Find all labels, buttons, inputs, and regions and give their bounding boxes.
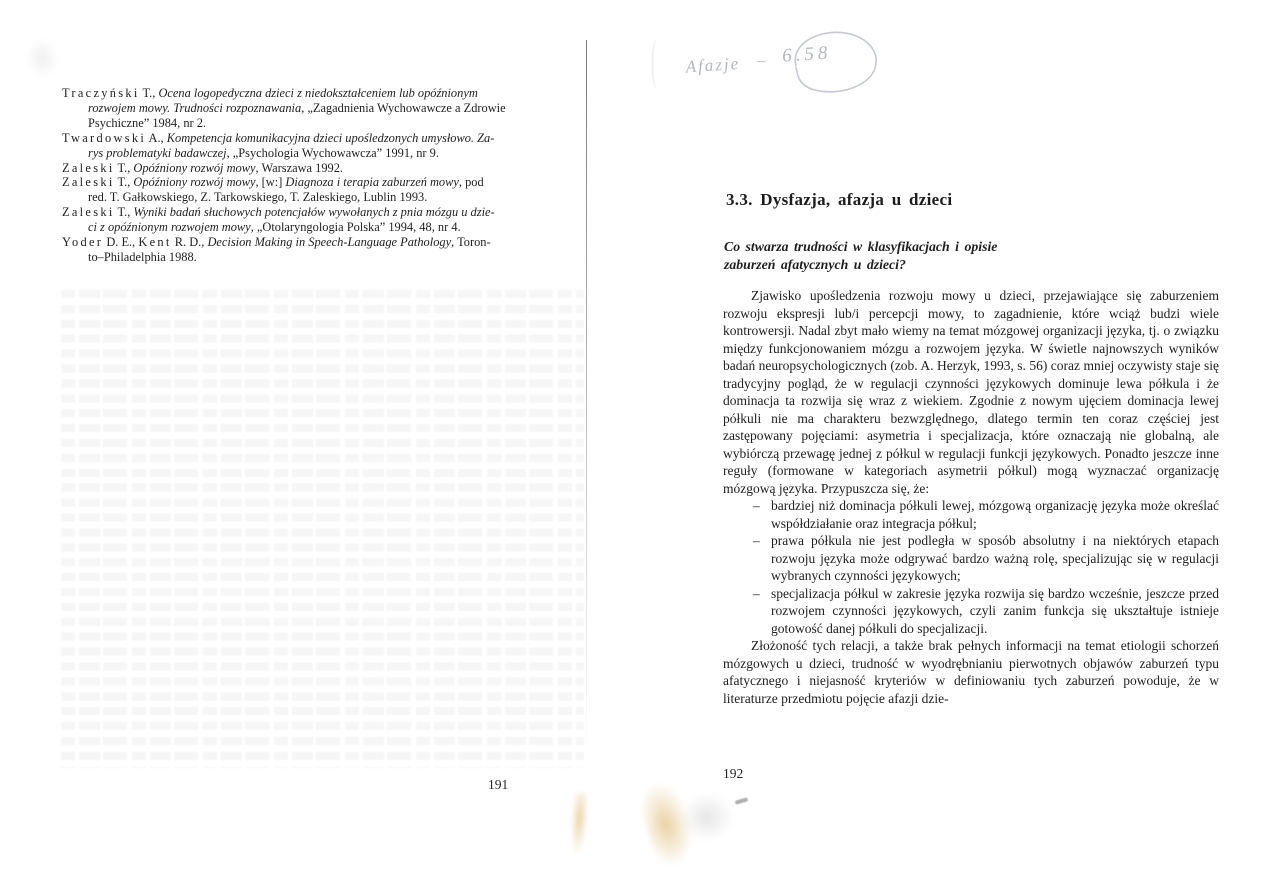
bibliography-line: Traczyński T., Ocena logopedyczna dzieci… — [62, 86, 506, 101]
bullet-text: prawa półkula nie jest podległa w sposób… — [771, 533, 1219, 583]
bibliography-segment: T., — [140, 86, 159, 100]
bibliography-line: Psychiczne” 1984, nr 2. — [62, 116, 506, 131]
bibliography-line: rozwojem mowy. Trudności rozpoznawania, … — [62, 101, 506, 116]
closing-paragraph: Złożoność tych relacji, a także brak peł… — [723, 637, 1219, 707]
bibliography-segment: T., — [115, 175, 134, 189]
question-subheading-line1: Co stwarza trudności w klasyfikacjach i … — [724, 238, 997, 256]
bibliography-segment: , pod — [459, 175, 484, 189]
question-subheading-line2: zaburzeń afatycznych u dzieci? — [724, 256, 997, 274]
bibliography-line: to–Philadelphia 1988. — [62, 250, 506, 265]
bibliography-segment: Kompetencja komunikacyjna dzieci upośled… — [167, 131, 495, 145]
bibliography-segment: T., — [115, 161, 134, 175]
bibliography-segment: rozwojem mowy. Trudności rozpoznawania — [88, 101, 301, 115]
bibliography-segment: R. D., — [172, 235, 208, 249]
section-heading: 3.3. Dysfazja, afazja u dzieci — [726, 190, 952, 210]
stray-pencil-mark — [735, 797, 749, 804]
body-text-column: Zjawisko upośledzenia rozwoju mowy u dzi… — [723, 287, 1219, 707]
bullet-dash: – — [753, 532, 760, 550]
bibliography-segment: , „Zagadnienia Wychowawcze a Zdrowie — [301, 101, 505, 115]
gutter-shadow-line — [586, 40, 587, 755]
bibliography-segment: Twardowski — [62, 131, 146, 145]
bibliography-segment: Opóźniony rozwój mowy — [133, 161, 255, 175]
bibliography-segment: Traczyński — [62, 86, 140, 100]
bibliography-segment: Diagnoza i terapia zaburzeń mowy — [285, 175, 458, 189]
bibliography-segment: Zaleski — [62, 161, 115, 175]
bibliography-segment: , „Psychologia Wychowawcza” 1991, nr 9. — [227, 146, 439, 160]
bullet-text: specjalizacja półkul w zakresie języka r… — [771, 586, 1219, 636]
question-subheading: Co stwarza trudności w klasyfikacjach i … — [724, 238, 997, 274]
bibliography-segment: , „Otolaryngologia Polska” 1994, 48, nr … — [251, 220, 461, 234]
bullet-item: –bardziej niż dominacja półkuli lewej, m… — [723, 497, 1219, 532]
bibliography-line: Twardowski A., Kompetencja komunikacyjna… — [62, 131, 506, 146]
bibliography-line: ci z opóźnionym rozwojem mowy, „Otolaryn… — [62, 220, 506, 235]
bibliography-segment: Psychiczne” 1984, nr 2. — [88, 116, 206, 130]
bibliography-segment: Ocena logopedyczna dzieci z niedokształc… — [158, 86, 477, 100]
gutter-stain-left — [569, 793, 589, 856]
bullet-dash: – — [753, 585, 760, 603]
page-edge-mark — [652, 38, 663, 90]
bibliography-segment: to–Philadelphia 1988. — [88, 250, 197, 264]
book-scan: Traczyński T., Ocena logopedyczna dzieci… — [0, 0, 1263, 893]
bullet-item: –specjalizacja półkul w zakresie języka … — [723, 585, 1219, 638]
bibliography-segment: A., — [146, 131, 167, 145]
bibliography-line: red. T. Gałkowskiego, Z. Tarkowskiego, T… — [62, 190, 506, 205]
bullet-dash: – — [753, 497, 760, 515]
handwritten-annotation: Afazje – 6.58 — [684, 27, 903, 108]
bibliography-segment: , Warszawa 1992. — [255, 161, 343, 175]
bibliography-segment: Decision Making in Speech-Language Patho… — [207, 235, 451, 249]
bibliography-line: Zaleski T., Opóźniony rozwój mowy, [w:] … — [62, 175, 506, 190]
bibliography-segment: rys problematyki badawczej — [88, 146, 227, 160]
annotation-number: 6.58 — [781, 42, 832, 67]
bibliography-segment: Opóźniony rozwój mowy — [133, 175, 255, 189]
left-page-number: 191 — [488, 777, 508, 793]
bibliography-segment: Kent — [138, 235, 171, 249]
bibliography-line: Zaleski T., Opóźniony rozwój mowy, Warsz… — [62, 161, 506, 176]
bibliography-line: Zaleski T., Wyniki badań słuchowych pote… — [62, 205, 506, 220]
bibliography-segment: Wyniki badań słuchowych potencjałów wywo… — [133, 205, 494, 219]
bullet-item: –prawa półkula nie jest podległa w sposó… — [723, 532, 1219, 585]
bibliography-segment: T., — [115, 205, 134, 219]
bibliography-segment: ci z opóźnionym rozwojem mowy — [88, 220, 251, 234]
bibliography-segment: Zaleski — [62, 175, 115, 189]
right-page-number: 192 — [723, 766, 743, 782]
bullet-list: –bardziej niż dominacja półkuli lewej, m… — [723, 497, 1219, 637]
bibliography-segment: red. T. Gałkowskiego, Z. Tarkowskiego, T… — [88, 190, 427, 204]
corner-smudge — [25, 38, 59, 78]
bleed-through-text-ghost — [56, 290, 584, 768]
bibliography-segment: D. E., — [103, 235, 138, 249]
annotation-dash: – — [757, 52, 766, 71]
bibliography-line: rys problematyki badawczej, „Psychologia… — [62, 146, 506, 161]
bibliography-line: Yoder D. E., Kent R. D., Decision Making… — [62, 235, 506, 250]
gutter-stain-gray — [680, 792, 734, 842]
bibliography: Traczyński T., Ocena logopedyczna dzieci… — [62, 86, 506, 265]
intro-paragraph: Zjawisko upośledzenia rozwoju mowy u dzi… — [723, 287, 1219, 497]
bibliography-segment: , Toron- — [451, 235, 491, 249]
bullet-text: bardziej niż dominacja półkuli lewej, mó… — [771, 498, 1219, 531]
bibliography-segment: , [w:] — [255, 175, 285, 189]
annotation-word: Afazje — [685, 54, 741, 78]
bibliography-segment: Zaleski — [62, 205, 115, 219]
bibliography-segment: Yoder — [62, 235, 103, 249]
